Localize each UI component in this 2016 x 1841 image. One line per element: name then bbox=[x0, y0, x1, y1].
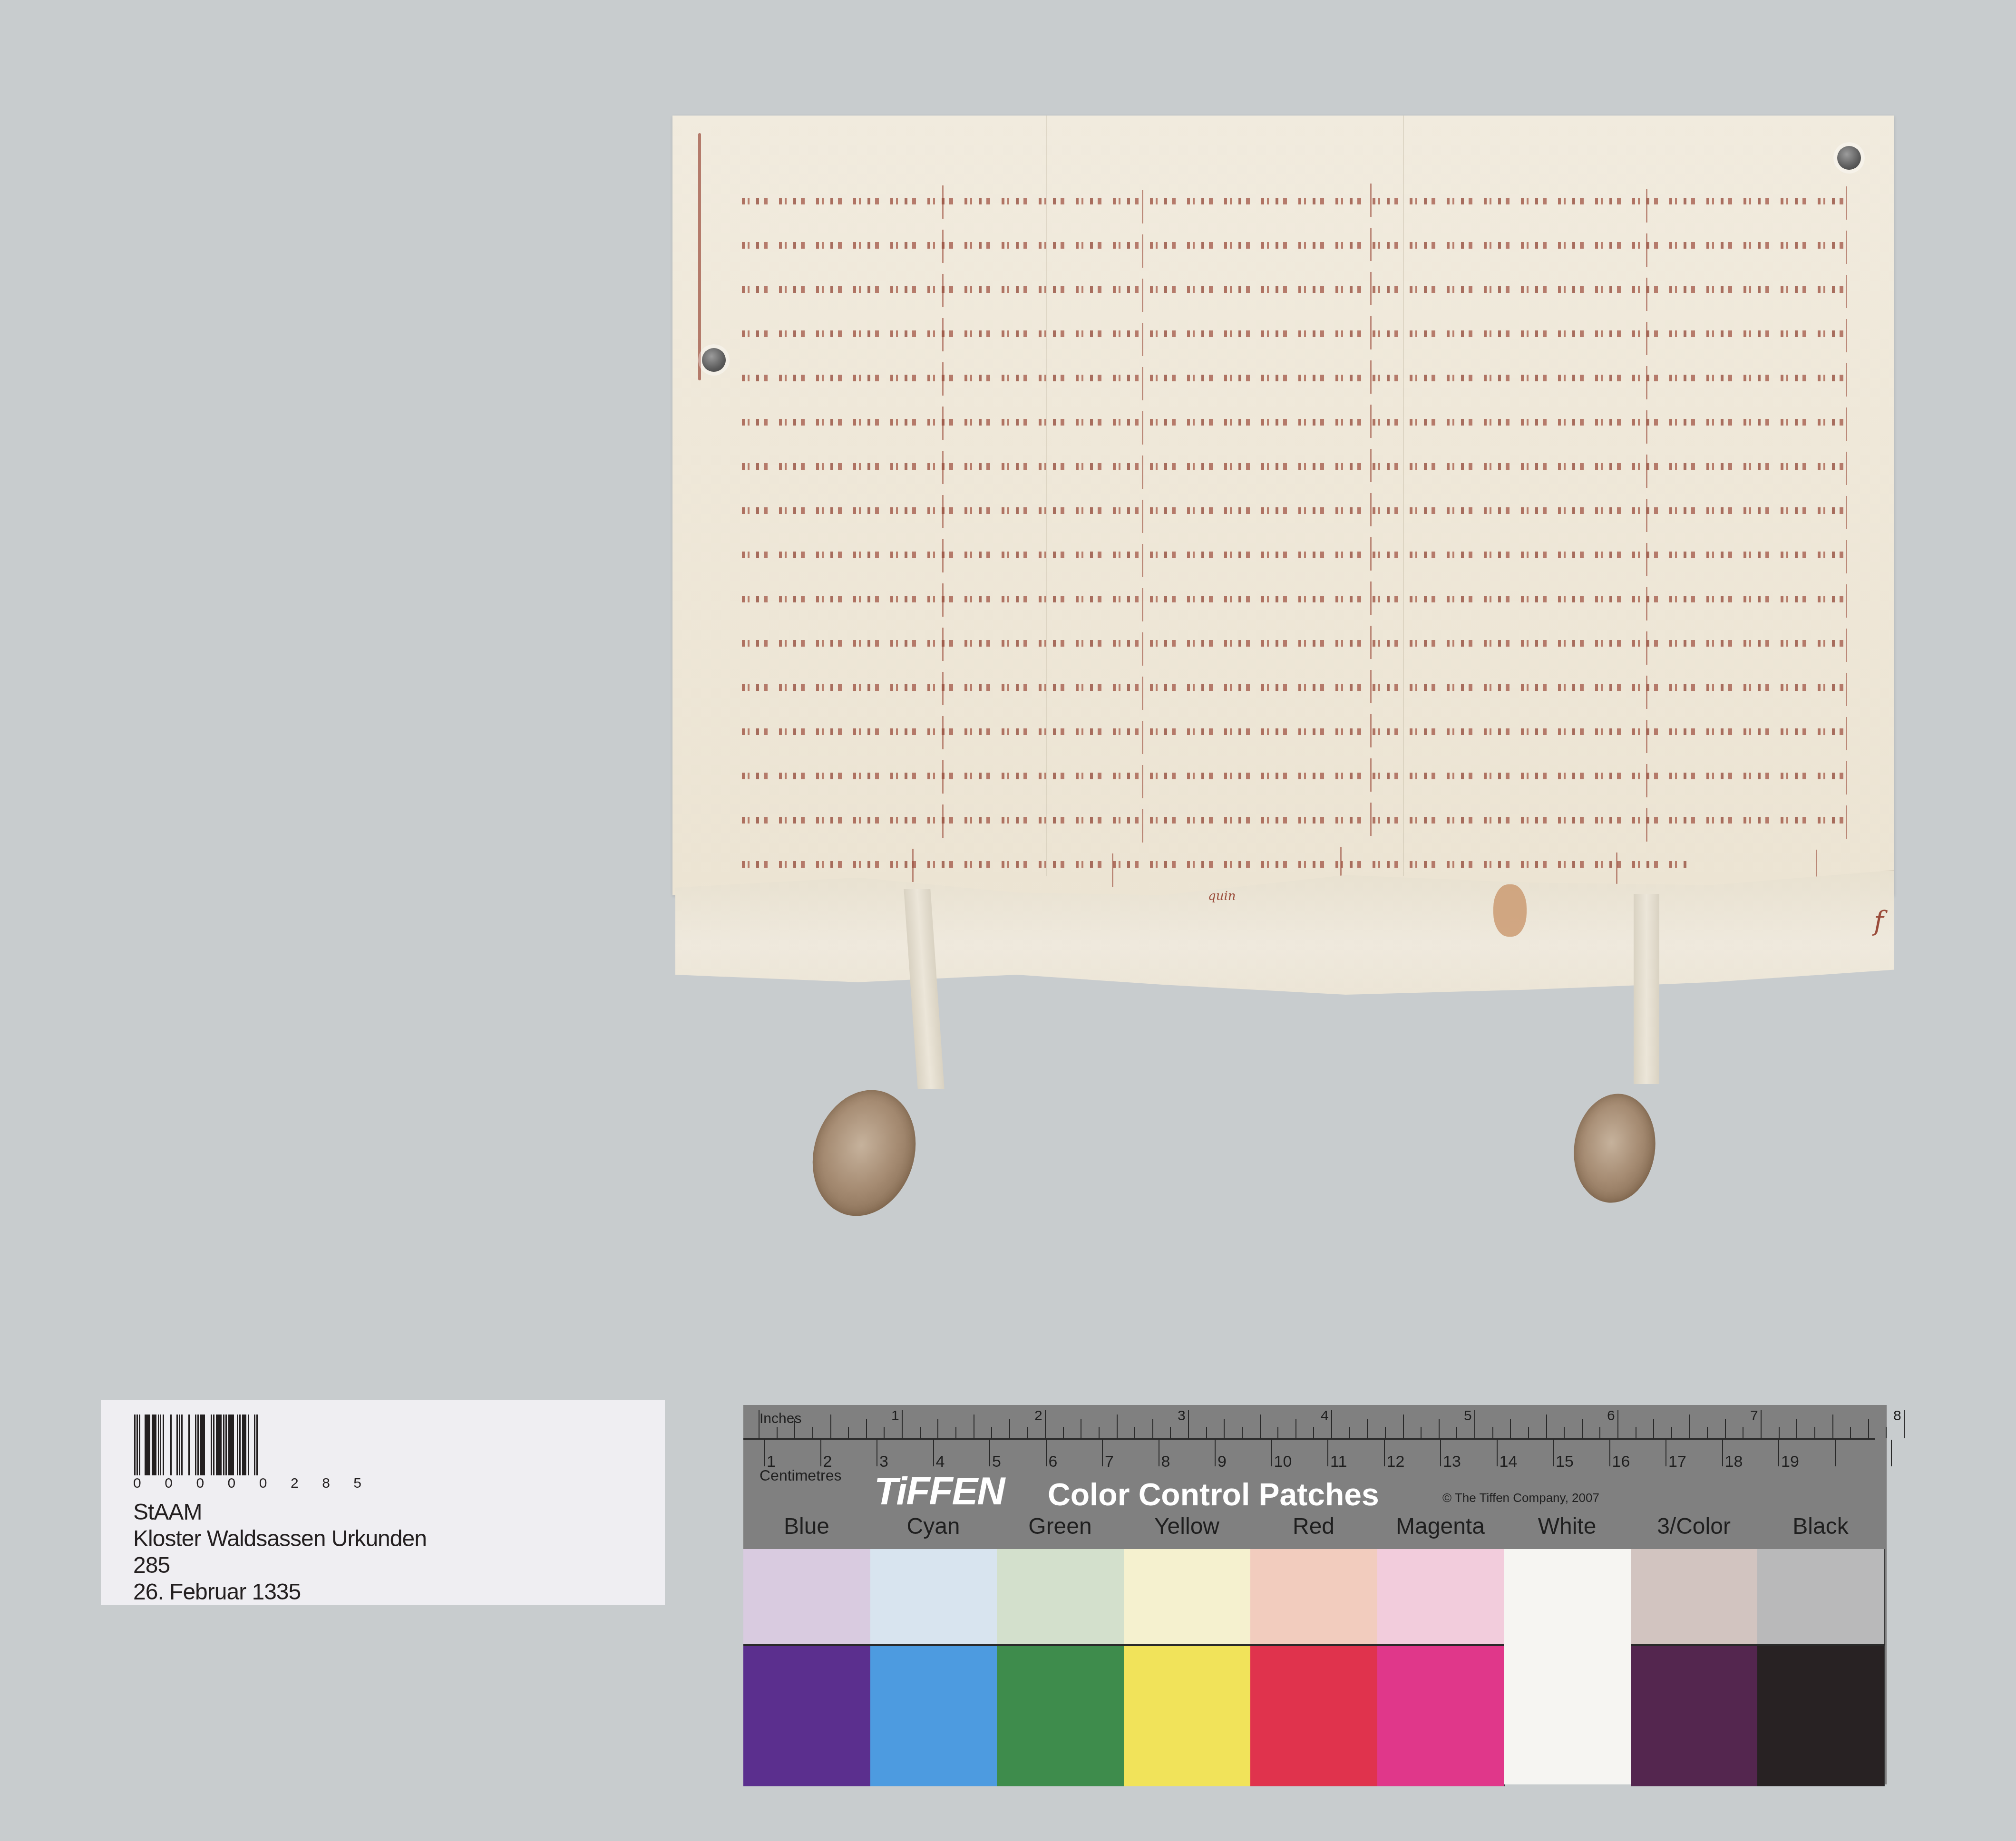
patch-light-black bbox=[1757, 1549, 1885, 1644]
wax-seal-right bbox=[1567, 1088, 1662, 1208]
barcode-digit: 0 bbox=[228, 1475, 236, 1492]
barcode-bar bbox=[183, 1415, 188, 1475]
barcode-bar bbox=[164, 1415, 170, 1475]
handwritten-line bbox=[742, 362, 1855, 393]
handwritten-line bbox=[742, 185, 1855, 216]
inch-tick bbox=[1904, 1410, 1905, 1438]
magnet-left bbox=[702, 348, 726, 372]
patch-dark-blue bbox=[743, 1644, 871, 1786]
handwritten-line bbox=[742, 583, 1855, 614]
plica-mark: f bbox=[1874, 906, 1884, 937]
patch-label-cyan: Cyan bbox=[870, 1513, 997, 1540]
patch-dark-green bbox=[997, 1644, 1125, 1786]
barcode-bar bbox=[216, 1415, 222, 1475]
inch-number: 8 bbox=[1893, 1408, 1901, 1424]
handwritten-line bbox=[742, 716, 1855, 746]
barcode-bar bbox=[145, 1415, 150, 1475]
patch-light-magenta bbox=[1377, 1549, 1505, 1644]
patch-dark-cyan bbox=[870, 1644, 998, 1786]
patch-dark-black bbox=[1757, 1644, 1885, 1786]
handwritten-line bbox=[742, 230, 1855, 260]
patch-dark-magenta bbox=[1377, 1644, 1505, 1786]
handwritten-line bbox=[742, 672, 1855, 702]
handwritten-line bbox=[742, 407, 1855, 437]
plica-fold bbox=[675, 870, 1894, 995]
barcode-bar bbox=[140, 1415, 145, 1475]
color-control-chart: 12345678 12345678910111213141516171819 I… bbox=[743, 1405, 1887, 1784]
patch-light-yellow bbox=[1124, 1549, 1252, 1644]
handwritten-line bbox=[742, 539, 1855, 570]
barcode-digit: 2 bbox=[291, 1475, 299, 1492]
handwritten-line bbox=[742, 274, 1855, 304]
barcode-digit: 5 bbox=[353, 1475, 361, 1492]
barcode-bar bbox=[249, 1415, 254, 1475]
handwritten-text-block bbox=[742, 185, 1855, 937]
patch-label-yellow: Yellow bbox=[1124, 1513, 1250, 1540]
patch-label-magenta: Magenta bbox=[1377, 1513, 1504, 1540]
barcode-bar bbox=[205, 1415, 211, 1475]
plica-note: quin bbox=[1208, 889, 1236, 903]
patch-light-cyan bbox=[870, 1549, 998, 1644]
patch-label-white: White bbox=[1504, 1513, 1630, 1540]
handwritten-line bbox=[742, 495, 1855, 525]
color-patches: BlueCyanGreenYellowRedMagentaWhite3/Colo… bbox=[743, 1405, 1887, 1784]
archive-label: 00000285 StAAM Kloster Waldsassen Urkund… bbox=[101, 1400, 665, 1605]
archive-name: StAAM bbox=[133, 1501, 202, 1524]
patch-label-3-color: 3/Color bbox=[1631, 1513, 1757, 1540]
patch-dark-red bbox=[1250, 1644, 1378, 1786]
handwritten-line bbox=[742, 760, 1855, 791]
barcode-bar bbox=[200, 1415, 205, 1475]
barcode-bar bbox=[242, 1415, 246, 1475]
seal-strap-right bbox=[1634, 894, 1659, 1084]
barcode-digits: 00000285 bbox=[133, 1475, 361, 1492]
barcode-bar bbox=[228, 1415, 234, 1475]
document-number: 285 bbox=[133, 1554, 170, 1577]
barcode-digit: 0 bbox=[196, 1475, 204, 1492]
barcode-digit: 8 bbox=[322, 1475, 330, 1492]
patch-label-black: Black bbox=[1757, 1513, 1884, 1540]
patch-light-white bbox=[1504, 1549, 1632, 1784]
handwritten-line bbox=[742, 451, 1855, 481]
handwritten-line bbox=[742, 628, 1855, 658]
cm-tick bbox=[1891, 1440, 1892, 1466]
barcode-digit: 0 bbox=[133, 1475, 141, 1492]
barcode bbox=[134, 1415, 360, 1475]
wax-seal-left bbox=[797, 1076, 931, 1230]
barcode-bar bbox=[190, 1415, 195, 1475]
barcode-bar bbox=[152, 1415, 156, 1475]
handwritten-line bbox=[742, 849, 1688, 879]
patch-light-blue bbox=[743, 1549, 871, 1644]
patch-label-blue: Blue bbox=[743, 1513, 870, 1540]
patch-dark-3-color bbox=[1631, 1644, 1759, 1786]
collection-name: Kloster Waldsassen Urkunden bbox=[133, 1528, 427, 1550]
decorated-initial bbox=[698, 133, 701, 380]
patch-dark-yellow bbox=[1124, 1644, 1252, 1786]
patch-light-red bbox=[1250, 1549, 1378, 1644]
stain bbox=[1493, 884, 1527, 937]
handwritten-line bbox=[742, 804, 1855, 835]
barcode-bar bbox=[256, 1415, 258, 1475]
magnet-right bbox=[1837, 146, 1861, 170]
barcode-digit: 0 bbox=[165, 1475, 173, 1492]
document-date: 26. Februar 1335 bbox=[133, 1581, 301, 1604]
handwritten-line bbox=[742, 318, 1855, 349]
patch-label-red: Red bbox=[1250, 1513, 1377, 1540]
patch-light-green bbox=[997, 1549, 1125, 1644]
barcode-digit: 0 bbox=[259, 1475, 267, 1492]
barcode-bar bbox=[172, 1415, 176, 1475]
patch-label-green: Green bbox=[997, 1513, 1123, 1540]
patch-light-3-color bbox=[1631, 1549, 1759, 1644]
